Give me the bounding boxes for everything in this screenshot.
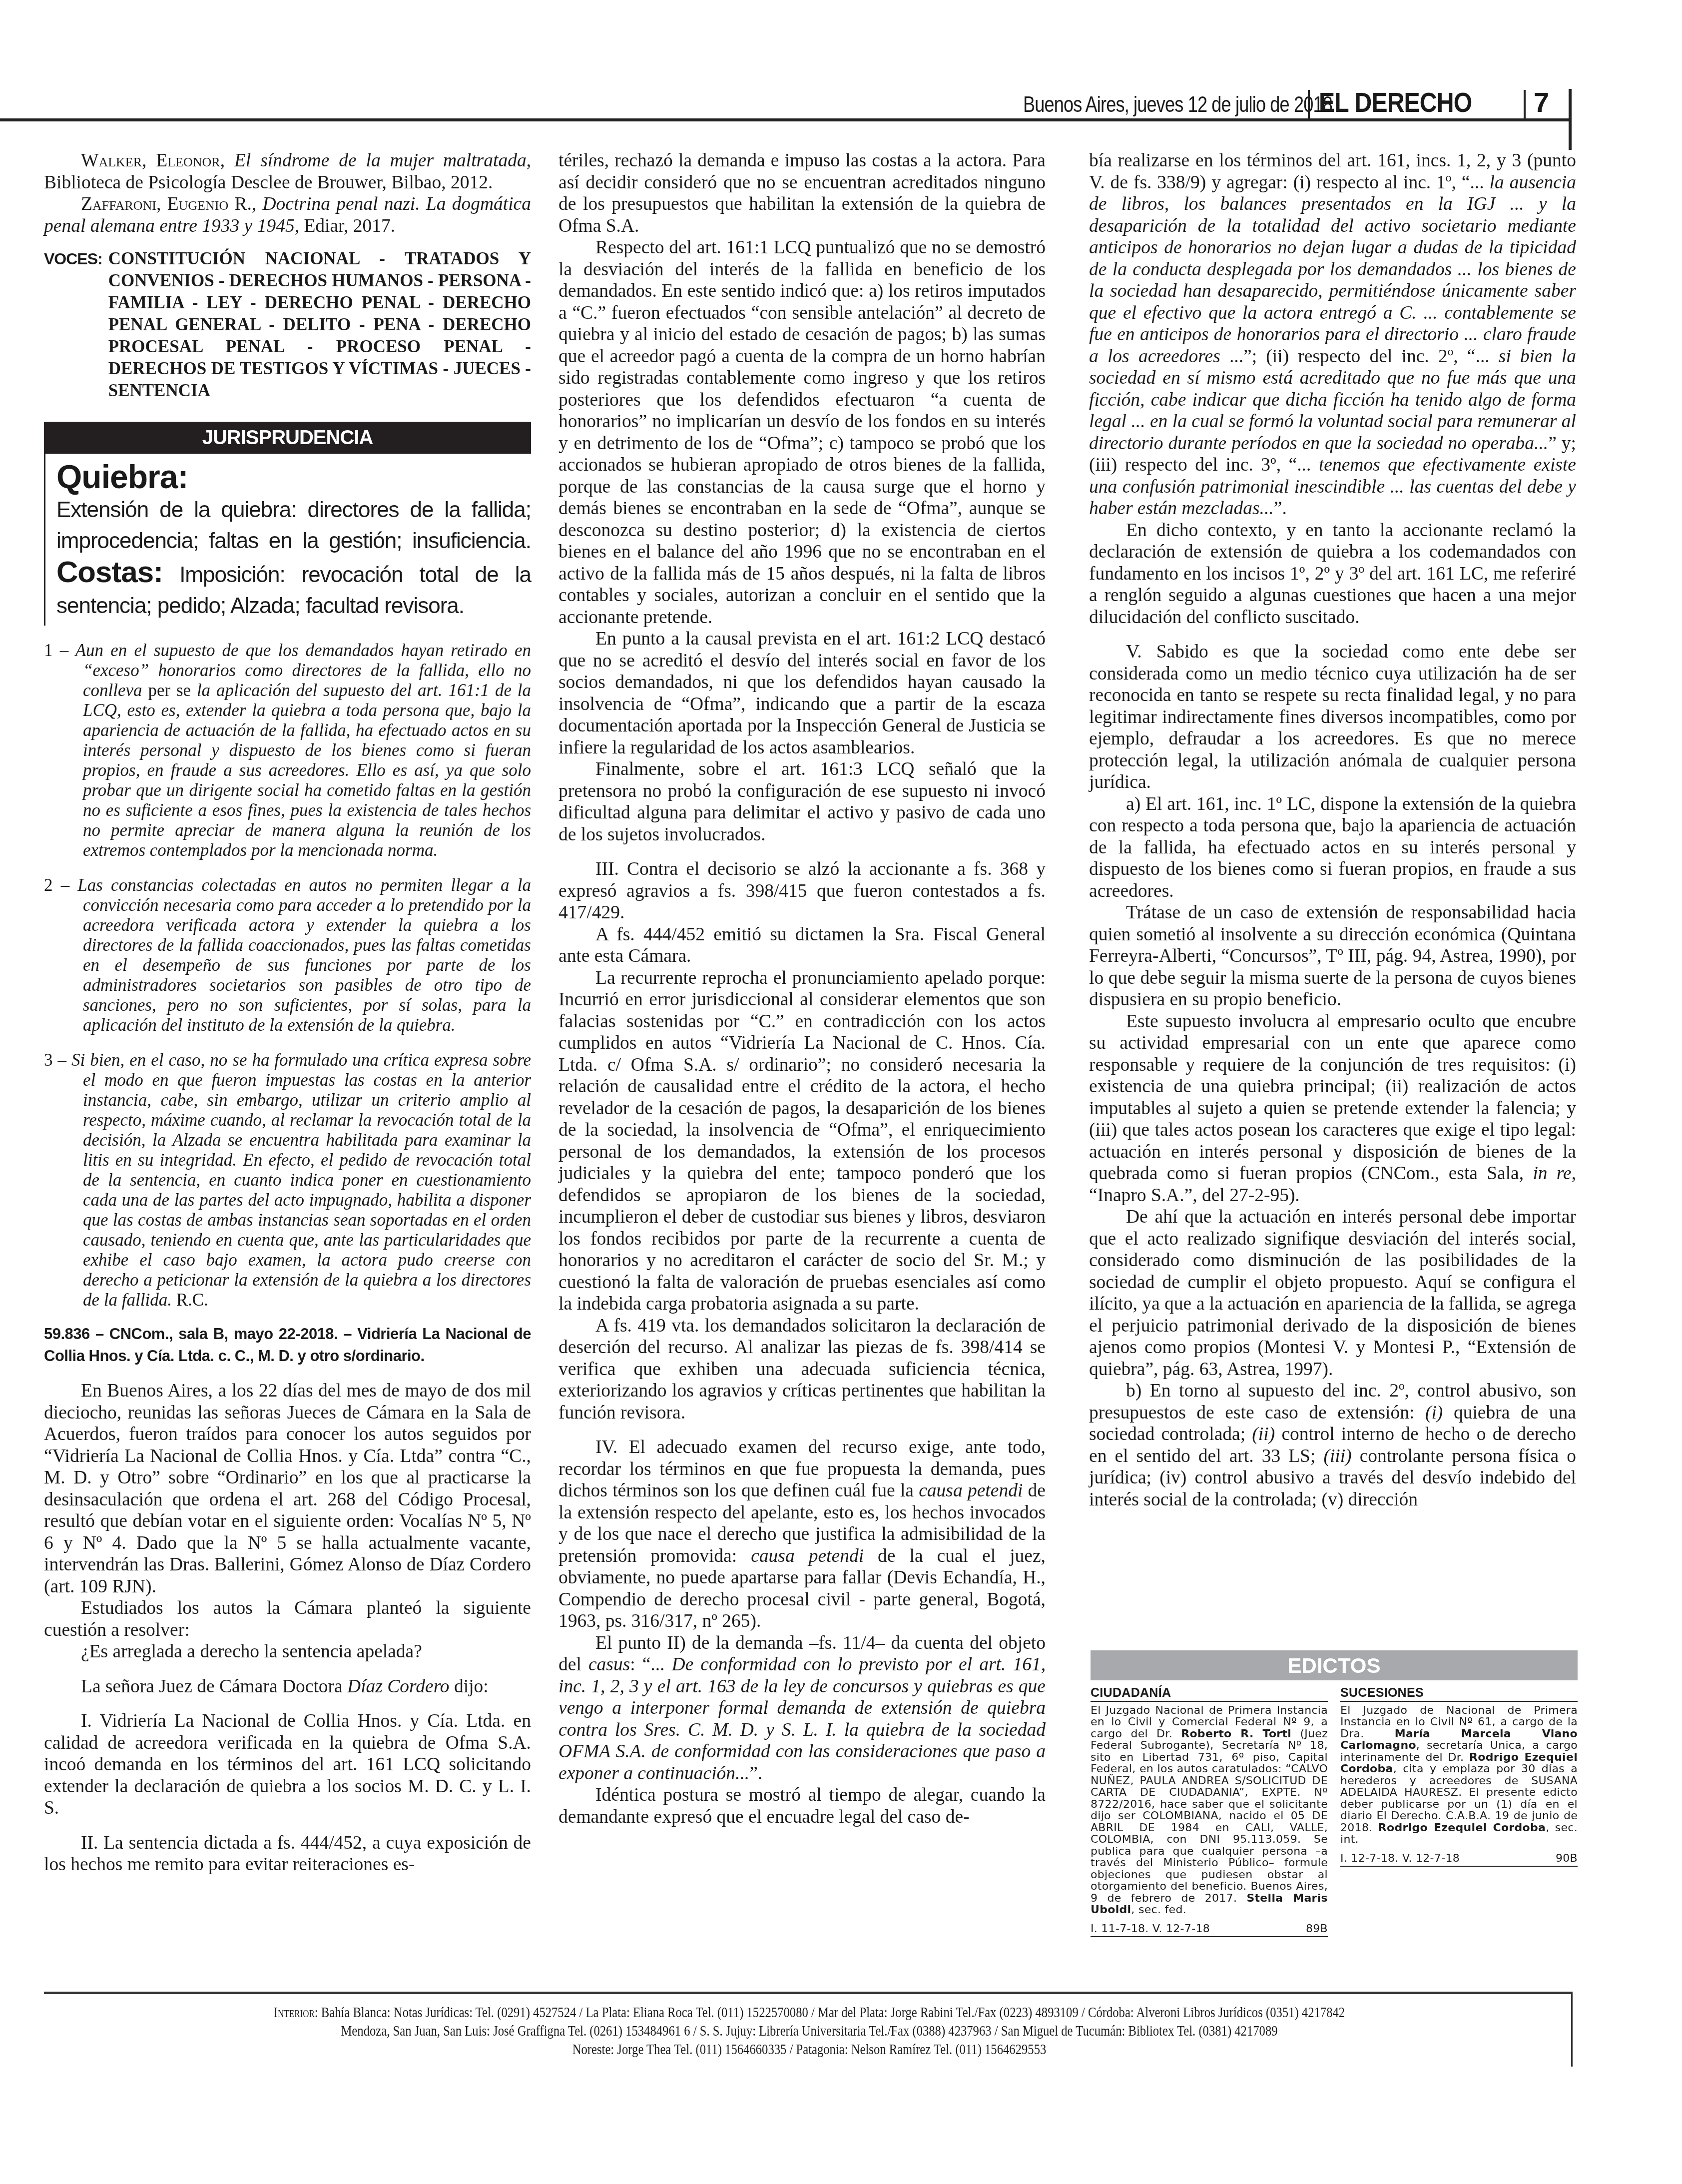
- page-number: 7: [1534, 86, 1549, 118]
- header-vertical-bar: [1569, 89, 1572, 150]
- case-reference: 59.836 – CNCom., sala B, mayo 22-2018. –…: [44, 1323, 531, 1367]
- body-paragraph: De ahí que la actuación en interés perso…: [1089, 1206, 1576, 1380]
- headline-title: Quiebra:: [56, 459, 531, 495]
- body-paragraph: ¿Es arreglada a derecho la sentencia ape…: [44, 1641, 531, 1663]
- body-paragraph: a) El art. 161, inc. 1º LC, dispone la e…: [1089, 793, 1576, 902]
- body-paragraph: IV. El adecuado examen del recurso exige…: [559, 1437, 1046, 1632]
- body-paragraph: bía realizarse en los términos del art. …: [1089, 150, 1576, 520]
- edictos-title: EDICTOS: [1091, 1650, 1578, 1680]
- body-paragraph: Respecto del art. 161:1 LCQ puntualizó q…: [559, 237, 1046, 628]
- case-headline-box: Quiebra: Extensión de la quiebra: direct…: [44, 454, 531, 626]
- summary-3: 3 – Si bien, en el caso, no se ha formul…: [44, 1050, 531, 1310]
- footer-line-3: Noreste: Jorge Thea Tel. (011) 156466033…: [164, 2041, 1455, 2059]
- edicto-category: CIUDADANÍA: [1091, 1687, 1328, 1702]
- body-paragraph: Idéntica postura se mostró al tiempo de …: [559, 1784, 1046, 1828]
- body-paragraph: A fs. 444/452 emitió su dictamen la Sra.…: [559, 924, 1046, 967]
- body-paragraph: Estudiados los autos la Cámara planteó l…: [44, 1597, 531, 1641]
- edicto-publication-dates: I. 11-7-18. V. 12-7-18 89B: [1091, 1923, 1328, 1938]
- bibliography-entry: Zaffaroni, Eugenio R., Doctrina penal na…: [44, 193, 531, 237]
- voces-label: VOCES:: [44, 248, 102, 402]
- voces-keywords: VOCES: CONSTITUCIÓN NACIONAL - TRATADOS …: [44, 248, 531, 402]
- page-header: Buenos Aires, jueves 12 de julio de 2018…: [0, 0, 1682, 125]
- body-paragraph: tériles, rechazó la demanda e impuso las…: [559, 150, 1046, 237]
- bibliography-entry: Walker, Eleonor, El síndrome de la mujer…: [44, 150, 531, 193]
- column-3: bía realizarse en los términos del art. …: [1089, 150, 1576, 1510]
- header-divider: [1308, 90, 1310, 121]
- body-paragraph: En punto a la causal prevista en el art.…: [559, 628, 1046, 758]
- body-paragraph: Este supuesto involucra al empresario oc…: [1089, 1011, 1576, 1207]
- body-paragraph: A fs. 419 vta. los demandados solicitaro…: [559, 1315, 1046, 1424]
- section-label-jurisprudencia: JURISPRUDENCIA: [44, 422, 531, 454]
- header-rule: [0, 118, 1569, 121]
- edicto-ciudadania: CIUDADANÍA El Juzgado Nacional de Primer…: [1091, 1687, 1328, 1940]
- edicto-code: 89B: [1306, 1923, 1328, 1935]
- footer-border: [1571, 1992, 1573, 2067]
- body-paragraph: II. La sentencia dictada a fs. 444/452, …: [44, 1832, 531, 1876]
- body-paragraph: La recurrente reprocha el pronunciamient…: [559, 967, 1046, 1315]
- body-paragraph: En dicho contexto, y en tanto la acciona…: [1089, 520, 1576, 629]
- summary-1: 1 – Aun en el supuesto de que los demand…: [44, 641, 531, 860]
- voces-list: CONSTITUCIÓN NACIONAL - TRATADOS Y CONVE…: [108, 248, 531, 402]
- edicto-sucesiones: SUCESIONES El Juzgado de Nacional de Pri…: [1340, 1687, 1578, 1940]
- issue-date: Buenos Aires, jueves 12 de julio de 2018: [1023, 92, 1332, 117]
- footer-line-1: Interior: Bahía Blanca: Notas Jurídicas:…: [164, 2004, 1455, 2022]
- edicto-code: 90B: [1556, 1853, 1578, 1865]
- headline-subtitle: Extensión de la quiebra: directores de l…: [56, 495, 531, 622]
- body-paragraph: b) En torno al supuesto del inc. 2º, con…: [1089, 1380, 1576, 1510]
- footer-line-2: Mendoza, San Juan, San Luis: José Graffi…: [164, 2022, 1455, 2041]
- body-paragraph: El punto II) de la demanda –fs. 11/4– da…: [559, 1632, 1046, 1785]
- summary-2: 2 – Las constancias colectadas en autos …: [44, 875, 531, 1035]
- distributors-footer: Interior: Bahía Blanca: Notas Jurídicas:…: [50, 2004, 1569, 2059]
- body-paragraph: III. Contra el decisorio se alzó la acci…: [559, 858, 1046, 924]
- body-paragraph: En Buenos Aires, a los 22 días del mes d…: [44, 1380, 531, 1597]
- edictos-section: EDICTOS CIUDADANÍA El Juzgado Nacional d…: [1091, 1650, 1578, 1940]
- body-paragraph: I. Vidriería La Nacional de Collia Hnos.…: [44, 1710, 531, 1819]
- column-2: tériles, rechazó la demanda e impuso las…: [559, 150, 1046, 1828]
- edicto-publication-dates: I. 12-7-18. V. 12-7-18 90B: [1340, 1853, 1578, 1867]
- edicto-category: SUCESIONES: [1340, 1687, 1578, 1702]
- footer-rule: [44, 1992, 1573, 1994]
- header-divider: [1524, 90, 1526, 121]
- body-paragraph: Finalmente, sobre el art. 161:3 LCQ seña…: [559, 758, 1046, 845]
- body-paragraph: Trátase de un caso de extensión de respo…: [1089, 902, 1576, 1011]
- body-paragraph: La señora Juez de Cámara Doctora Díaz Co…: [44, 1676, 531, 1698]
- column-1: Walker, Eleonor, El síndrome de la mujer…: [44, 150, 531, 1876]
- body-paragraph: V. Sabido es que la sociedad como ente d…: [1089, 641, 1576, 793]
- masthead-brand: EL DERECHO: [1319, 86, 1472, 118]
